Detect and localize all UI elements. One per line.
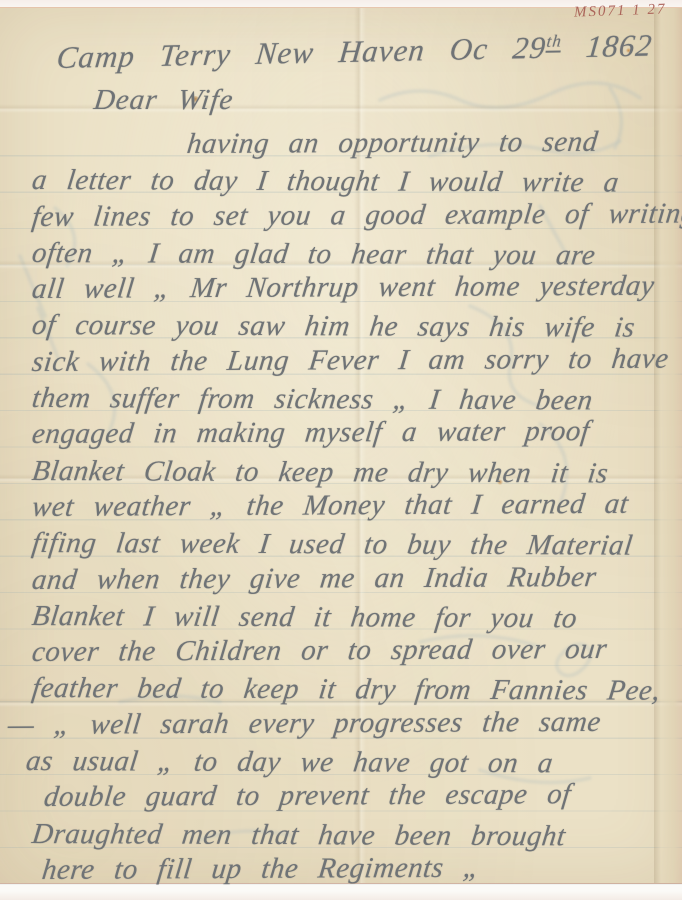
heading-date: Oc 29 [448, 30, 548, 67]
archival-catalog-mark: MS071 1 27 [573, 1, 666, 21]
letter-line: cover the Children or to spread over our [30, 631, 665, 671]
scanned-letter-page: Camp Terry New Haven Oc 29th 1862 Dear W… [0, 0, 682, 900]
letter-line: few lines to set you a good example of w… [30, 195, 665, 235]
letter-line: — „ well sarah every progresses the same [6, 703, 665, 743]
letter-line: double guard to prevent the escape of [42, 776, 665, 816]
heading-camp-name: Camp Terry [55, 36, 233, 75]
letter-line: here to fill up the Regiments „ [40, 849, 665, 889]
heading-date-ordinal: th [546, 31, 563, 52]
letter-salutation: Dear Wife [92, 84, 235, 117]
letter-body: having an opportunity to send a letter t… [30, 126, 660, 888]
letter-paper: Camp Terry New Haven Oc 29th 1862 Dear W… [0, 7, 682, 884]
letter-heading: Camp Terry New Haven Oc 29th 1862 [55, 28, 654, 76]
heading-place: New Haven [254, 32, 427, 71]
letter-line: all well „ Mr Northrup went home yesterd… [30, 268, 665, 308]
letter-line: having an opportunity to send [185, 124, 665, 163]
letter-line: wet weather „ the Money that I earned at [30, 486, 665, 526]
letter-line: engaged in making myself a water proof [30, 413, 665, 453]
letter-line: sick with the Lung Fever I am sorry to h… [30, 340, 665, 380]
heading-year: 1862 [584, 28, 654, 64]
letter-line: and when they give me an India Rubber [30, 558, 665, 598]
